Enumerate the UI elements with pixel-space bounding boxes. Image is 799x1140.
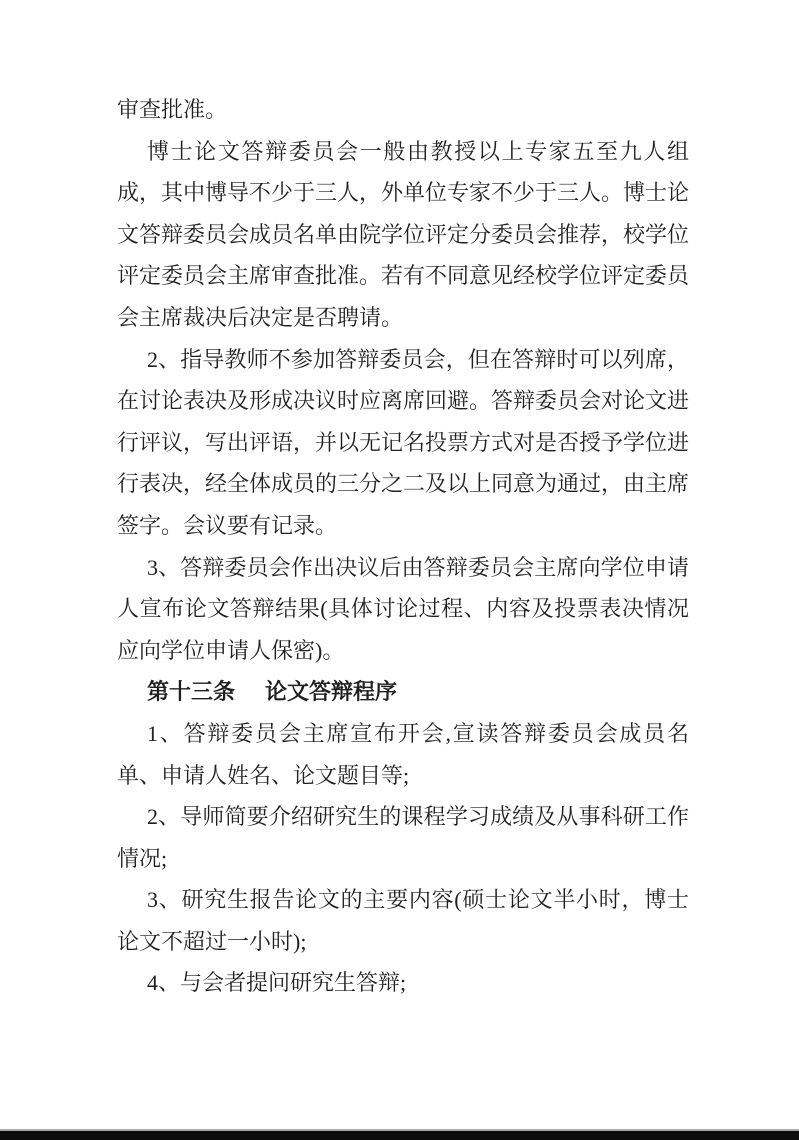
paragraph: 4、与会者提问研究生答辩; (117, 962, 689, 1004)
article-heading: 第十三条论文答辩程序 (117, 671, 689, 713)
paragraph: 2、导师简要介绍研究生的课程学习成绩及从事科研工作情况; (117, 796, 689, 879)
paragraph: 3、研究生报告论文的主要内容(硕士论文半小时，博士论文不超过一小时); (117, 879, 689, 962)
paragraph: 审查批准。 (117, 89, 689, 131)
paragraph: 3、答辩委员会作出决议后由答辩委员会主席向学位申请人宣布论文答辩结果(具体讨论过… (117, 547, 689, 672)
paragraph: 2、指导教师不参加答辩委员会，但在答辩时可以列席，在讨论表决及形成决议时应离席回… (117, 339, 689, 547)
article-number: 第十三条 (147, 679, 235, 704)
document-page: 审查批准。博士论文答辩委员会一般由教授以上专家五至九人组成，其中博导不少于三人，… (0, 0, 799, 1140)
paragraph: 1、答辩委员会主席宣布开会,宣读答辩委员会成员名单、申请人姓名、论文题目等; (117, 713, 689, 796)
page-bottom-bar (0, 1131, 799, 1140)
document-body: 审查批准。博士论文答辩委员会一般由教授以上专家五至九人组成，其中博导不少于三人，… (117, 89, 689, 1004)
article-title: 论文答辩程序 (265, 679, 397, 704)
paragraph: 博士论文答辩委员会一般由教授以上专家五至九人组成，其中博导不少于三人，外单位专家… (117, 131, 689, 339)
